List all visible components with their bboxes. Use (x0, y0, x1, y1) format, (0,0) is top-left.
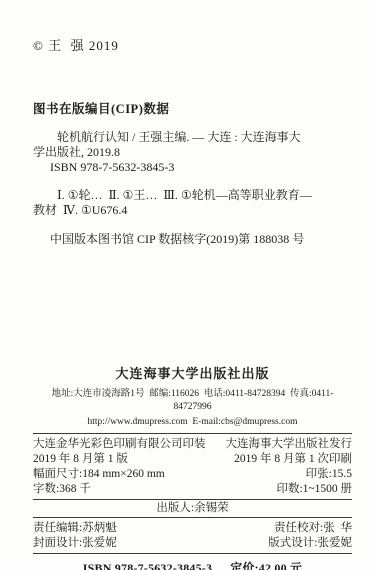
cip-classification-block: Ⅰ. ①轮… Ⅱ. ①王… Ⅲ. ①轮机—高等职业教育— 教材 Ⅳ. ①U676… (33, 188, 351, 218)
distributor-name: 大连海事大学出版社发行 (226, 437, 353, 452)
staff-credits-block: 责任编辑:苏炳魁 责任校对:张 华 封面设计:张爱妮 版式设计:张爱妮 (33, 518, 352, 554)
publisher-contact-line: 地址:大连市凌海路1号 邮编:116026 电话:0411-84728394 传… (33, 388, 352, 414)
managing-editor: 责任编辑:苏炳魁 (33, 521, 117, 536)
cip-entry-block: 轮机航行认知 / 王强主编. — 大连 : 大连海事大 学出版社, 2019.8… (33, 130, 351, 175)
word-count: 字数:368 千 (33, 482, 91, 497)
sheet-count: 印张:15.5 (306, 467, 352, 482)
copyright-notice: © 王 强 2019 (33, 38, 351, 54)
cip-heading: 图书在版编目(CIP)数据 (33, 99, 351, 117)
printing-row: 大连金华光彩色印刷有限公司印装 大连海事大学出版社发行 (33, 437, 352, 452)
isbn-price-line: ISBN 978-7-5632-3845-3定价:42.00 元 (33, 560, 352, 570)
colophon-block: 大连海事大学出版社出版 地址:大连市凌海路1号 邮编:116026 电话:041… (33, 363, 352, 570)
printing-info-block: 大连金华光彩色印刷有限公司印装 大连海事大学出版社发行 2019 年 8 月第 … (33, 433, 352, 497)
cip-isbn-line: ISBN 978-7-5632-3845-3 (33, 160, 351, 175)
cover-designer: 封面设计:张爱妮 (33, 536, 117, 551)
cip-entry-line1: 轮机航行认知 / 王强主编. — 大连 : 大连海事大 (33, 130, 351, 145)
print-run: 印数:1~1500 册 (276, 482, 352, 497)
cip-class-line1: Ⅰ. ①轮… Ⅱ. ①王… Ⅲ. ①轮机—高等职业教育— (33, 188, 351, 203)
edition-row: 2019 年 8 月第 1 版 2019 年 8 月第 1 次印刷 (33, 452, 352, 467)
wordcount-row: 字数:368 千 印数:1~1500 册 (33, 482, 352, 497)
publisher-web-line: http://www.dmupress.com E-mail:cbs@dmupr… (33, 416, 352, 429)
proofreader: 责任校对:张 华 (274, 521, 352, 536)
cip-entry-line2: 学出版社, 2019.8 (33, 145, 351, 160)
price: 定价:42.00 元 (230, 561, 302, 570)
cip-class-line2: 教材 Ⅳ. ①U676.4 (33, 203, 351, 218)
editor-row: 责任编辑:苏炳魁 责任校对:张 华 (33, 521, 352, 536)
printer-name: 大连金华光彩色印刷有限公司印装 (33, 437, 206, 452)
publisher-title: 大连海事大学出版社出版 (33, 363, 352, 382)
design-row: 封面设计:张爱妮 版式设计:张爱妮 (33, 536, 352, 551)
isbn-number: ISBN 978-7-5632-3845-3 (83, 561, 212, 570)
publisher-person-line: 出版人:余锡荣 (33, 499, 352, 518)
book-copyright-page: © 王 强 2019 图书在版编目(CIP)数据 轮机航行认知 / 王强主编. … (0, 0, 375, 570)
format-row: 幅面尺寸:184 mm×260 mm 印张:15.5 (33, 467, 352, 482)
layout-designer: 版式设计:张爱妮 (268, 536, 352, 551)
printing-date: 2019 年 8 月第 1 次印刷 (234, 452, 352, 467)
page-size: 幅面尺寸:184 mm×260 mm (33, 467, 165, 482)
edition-date: 2019 年 8 月第 1 版 (33, 452, 128, 467)
cip-record-line: 中国版本图书馆 CIP 数据核字(2019)第 188038 号 (33, 232, 351, 247)
